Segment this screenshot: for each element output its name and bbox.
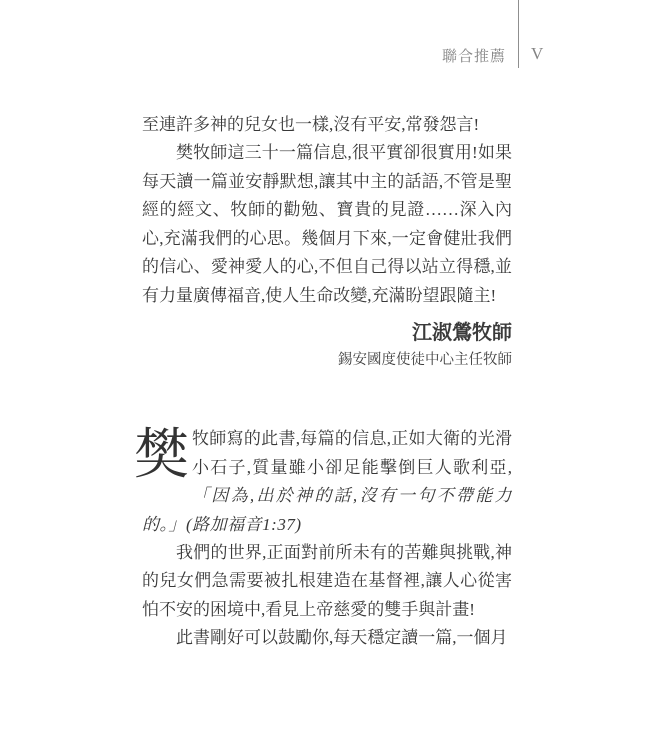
signature-block: 江淑鶯牧師 錫安國度使徒中心主任牧師: [142, 318, 512, 373]
scripture-quote: 「因為,出於神的話,沒有一句不帶能力的。」(路加福音1:37): [142, 486, 512, 533]
recommendation1-paragraph-1: 至連許多神的兒女也一樣,沒有平安,常發怨言!: [142, 111, 512, 139]
signer-title: 錫安國度使徒中心主任牧師: [142, 348, 512, 373]
signer-name: 江淑鶯牧師: [142, 318, 512, 348]
book-page: 聯合推薦 V 至連許多神的兒女也一樣,沒有平安,常發怨言! 樊牧師這三十一篇信息…: [0, 0, 650, 750]
recommendation2-paragraph-1: 樊牧師寫的此書,每篇的信息,正如大衛的光滑小石子,質量雖小卻足能擊倒巨人歌利亞,…: [142, 425, 512, 539]
recommendation1-paragraph-2: 樊牧師這三十一篇信息,很平實卻很實用!如果每天讀一篇並安靜默想,讓其中主的話語,…: [142, 139, 512, 310]
recommendation2-paragraph-2: 我們的世界,正面對前所未有的苦難與挑戰,神的兒女們急需要被扎根建造在基督裡,讓人…: [142, 539, 512, 624]
header-page-number: V: [531, 44, 543, 64]
recommendation2-paragraph-3: 此書剛好可以鼓勵你,每天穩定讀一篇,一個月: [142, 624, 512, 652]
recommendation2-section: 樊牧師寫的此書,每篇的信息,正如大衛的光滑小石子,質量雖小卻足能擊倒巨人歌利亞,…: [142, 425, 512, 653]
header-section-title: 聯合推薦: [442, 45, 506, 66]
page-body: 至連許多神的兒女也一樣,沒有平安,常發怨言! 樊牧師這三十一篇信息,很平實卻很實…: [142, 111, 512, 653]
paragraph-lead-text: 牧師寫的此書,每篇的信息,正如大衛的光滑小石子,質量雖小卻足能擊倒巨人歌利亞,: [192, 429, 512, 476]
dropcap-character: 樊: [134, 427, 189, 483]
header-divider: [518, 0, 519, 68]
